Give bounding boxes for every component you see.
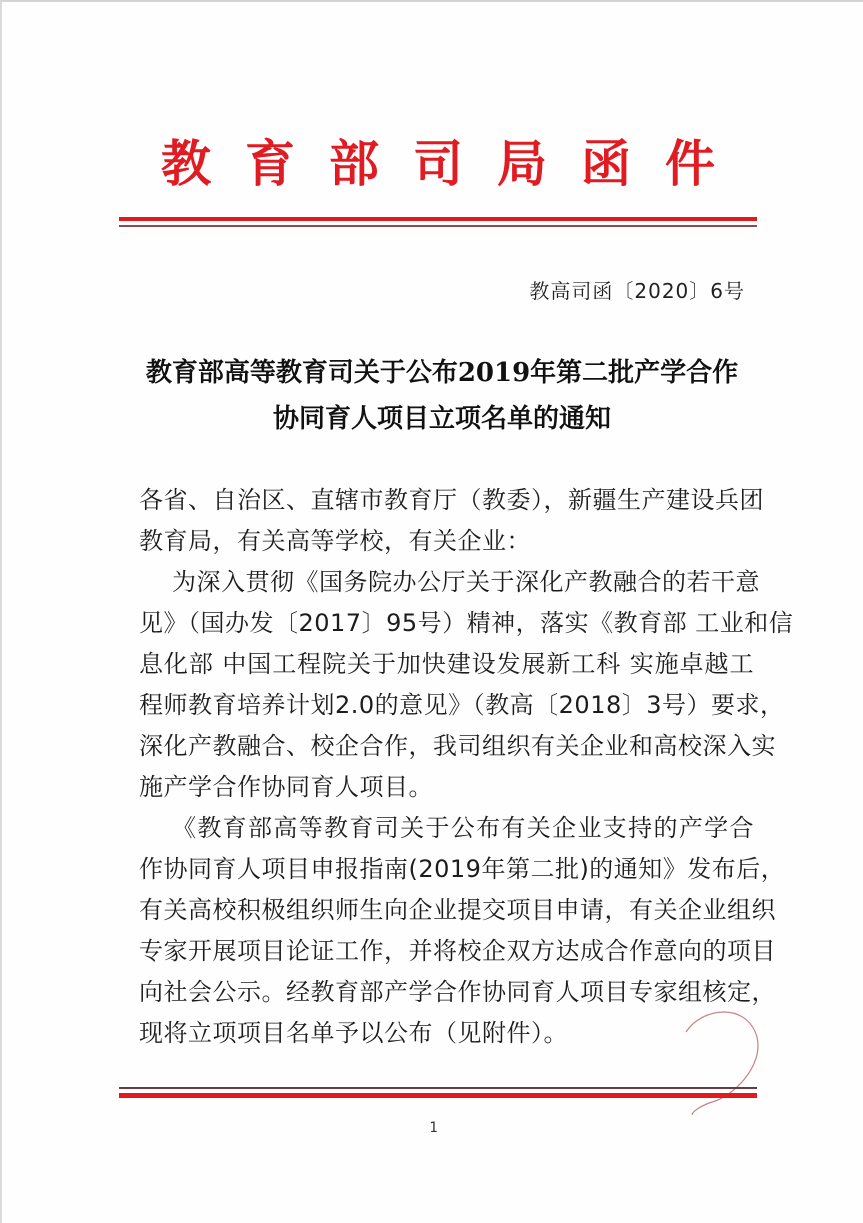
body-line: 息化部 中国工程院关于加快建设发展新工科 实施卓越工	[139, 644, 754, 685]
body-line: 有关高校积极组织师生向企业提交项目申请，有关企业组织	[139, 890, 754, 931]
body-line: 施产学合作协同育人项目。	[139, 767, 754, 808]
document-page: 教 育 部 司 局 函 件 教高司函〔2020〕6号 教育部高等教育司关于公布2…	[0, 0, 863, 1223]
body-line: 教育局，有关高等学校，有关企业：	[139, 521, 754, 562]
document-title: 教育部高等教育司关于公布2019年第二批产学合作 协同育人项目立项名单的通知	[122, 350, 762, 442]
body-line: 深化产教融合、校企合作，我司组织有关企业和高校深入实	[139, 726, 754, 767]
letterhead-title: 教 育 部 司 局 函 件	[119, 134, 757, 194]
letterhead-char: 教	[161, 134, 211, 194]
letterhead-char: 司	[413, 134, 463, 194]
title-line-1: 教育部高等教育司关于公布2019年第二批产学合作	[122, 350, 762, 396]
body-line: 专家开展项目论证工作，并将校企双方达成合作意向的项目	[139, 931, 754, 972]
letterhead-char: 局	[497, 134, 547, 194]
body-line: 作协同育人项目申报指南(2019年第二批)的通知》发布后，	[139, 849, 754, 890]
body-line: 为深入贯彻《国务院办公厅关于深化产教融合的若干意	[139, 562, 754, 603]
document-body: 各省、自治区、直辖市教育厅（教委），新疆生产建设兵团 教育局，有关高等学校，有关…	[139, 480, 754, 1054]
letterhead-char: 件	[665, 134, 715, 194]
footer-divider-thin	[119, 1087, 757, 1089]
footer-divider-thick	[119, 1093, 757, 1098]
document-number: 教高司函〔2020〕6号	[529, 275, 745, 304]
letterhead-char: 函	[581, 134, 631, 194]
body-line: 各省、自治区、直辖市教育厅（教委），新疆生产建设兵团	[139, 480, 754, 521]
handwritten-mark-icon	[662, 1002, 772, 1117]
letterhead-char: 部	[329, 134, 379, 194]
body-line: 《教育部高等教育司关于公布有关企业支持的产学合	[139, 808, 754, 849]
body-line: 见》（国办发〔2017〕95号）精神，落实《教育部 工业和信	[139, 603, 754, 644]
letterhead-divider-thin	[119, 225, 757, 227]
page-number: 1	[2, 1120, 863, 1136]
body-line: 程师教育培养计划2.0的意见》（教高〔2018〕3号）要求，	[139, 685, 754, 726]
letterhead-char: 育	[245, 134, 295, 194]
letterhead-divider-thick	[119, 217, 757, 221]
title-line-2: 协同育人项目立项名单的通知	[122, 396, 762, 442]
